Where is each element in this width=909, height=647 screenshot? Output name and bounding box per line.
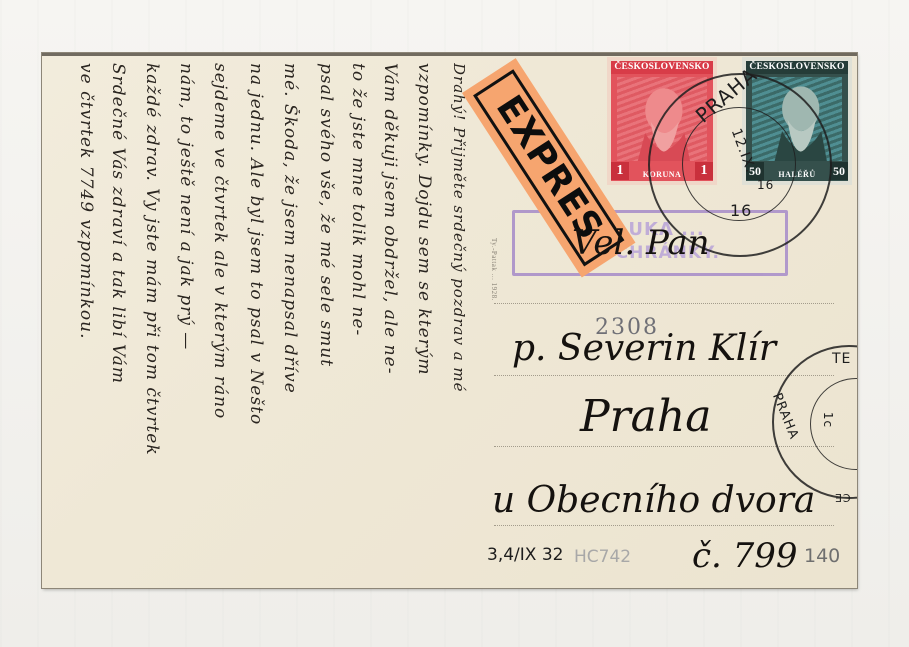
printer-imprint: Ty.-Pattak ... 1928.: [490, 238, 498, 301]
address-house-number: č. 799: [692, 536, 798, 576]
message-line: to že jste mne tolik mohl ne-: [340, 63, 368, 583]
address-name: p. Severin Klír: [512, 328, 776, 369]
address-rule: [494, 375, 834, 376]
address-rule: [494, 303, 834, 304]
address-city: Praha: [580, 391, 711, 442]
handwritten-message: Drahý! Přijměte srdečný pozdrav a mé vzp…: [42, 63, 492, 583]
message-line: na jednu. Ale byl jsem to psal v Nešto: [238, 63, 266, 583]
pencil-note-code: HC742: [574, 547, 631, 567]
message-line: Vám děkuji jsem obdržel, ale ne-: [372, 63, 400, 583]
message-line: nám, to ještě není a jak prý —: [168, 63, 196, 583]
message-line: Srdečné Vás zdraví a tak libí Vám: [100, 63, 128, 583]
message-line: Drahý! Přijměte srdečný pozdrav a mé: [440, 63, 468, 583]
address-rule: [494, 525, 834, 526]
message-line: mé. Škoda, že jsem nenapsal dříve: [272, 63, 300, 583]
pencil-note-price: 140: [804, 545, 840, 567]
message-line: vzpomínky. Dojdu sem se kterým: [406, 63, 434, 583]
address-salutation: Vel. Pan: [572, 223, 710, 263]
postcard: Drahý! Přijměte srdečný pozdrav a mé vzp…: [42, 53, 857, 588]
pencil-note-date: 3,4/IX 32: [487, 545, 563, 565]
message-line: každé zdrav. Vy jste mám při tom čtvrtek: [134, 63, 162, 583]
message-line: ve čtvrtek 7749 vzpomínkou.: [68, 63, 96, 583]
message-line: psal svého vše, že mé sele smut: [308, 63, 336, 583]
address-street: u Obecního dvora: [492, 480, 815, 521]
message-line: sejdeme ve čtvrtek ale v kterým ráno: [202, 63, 230, 583]
